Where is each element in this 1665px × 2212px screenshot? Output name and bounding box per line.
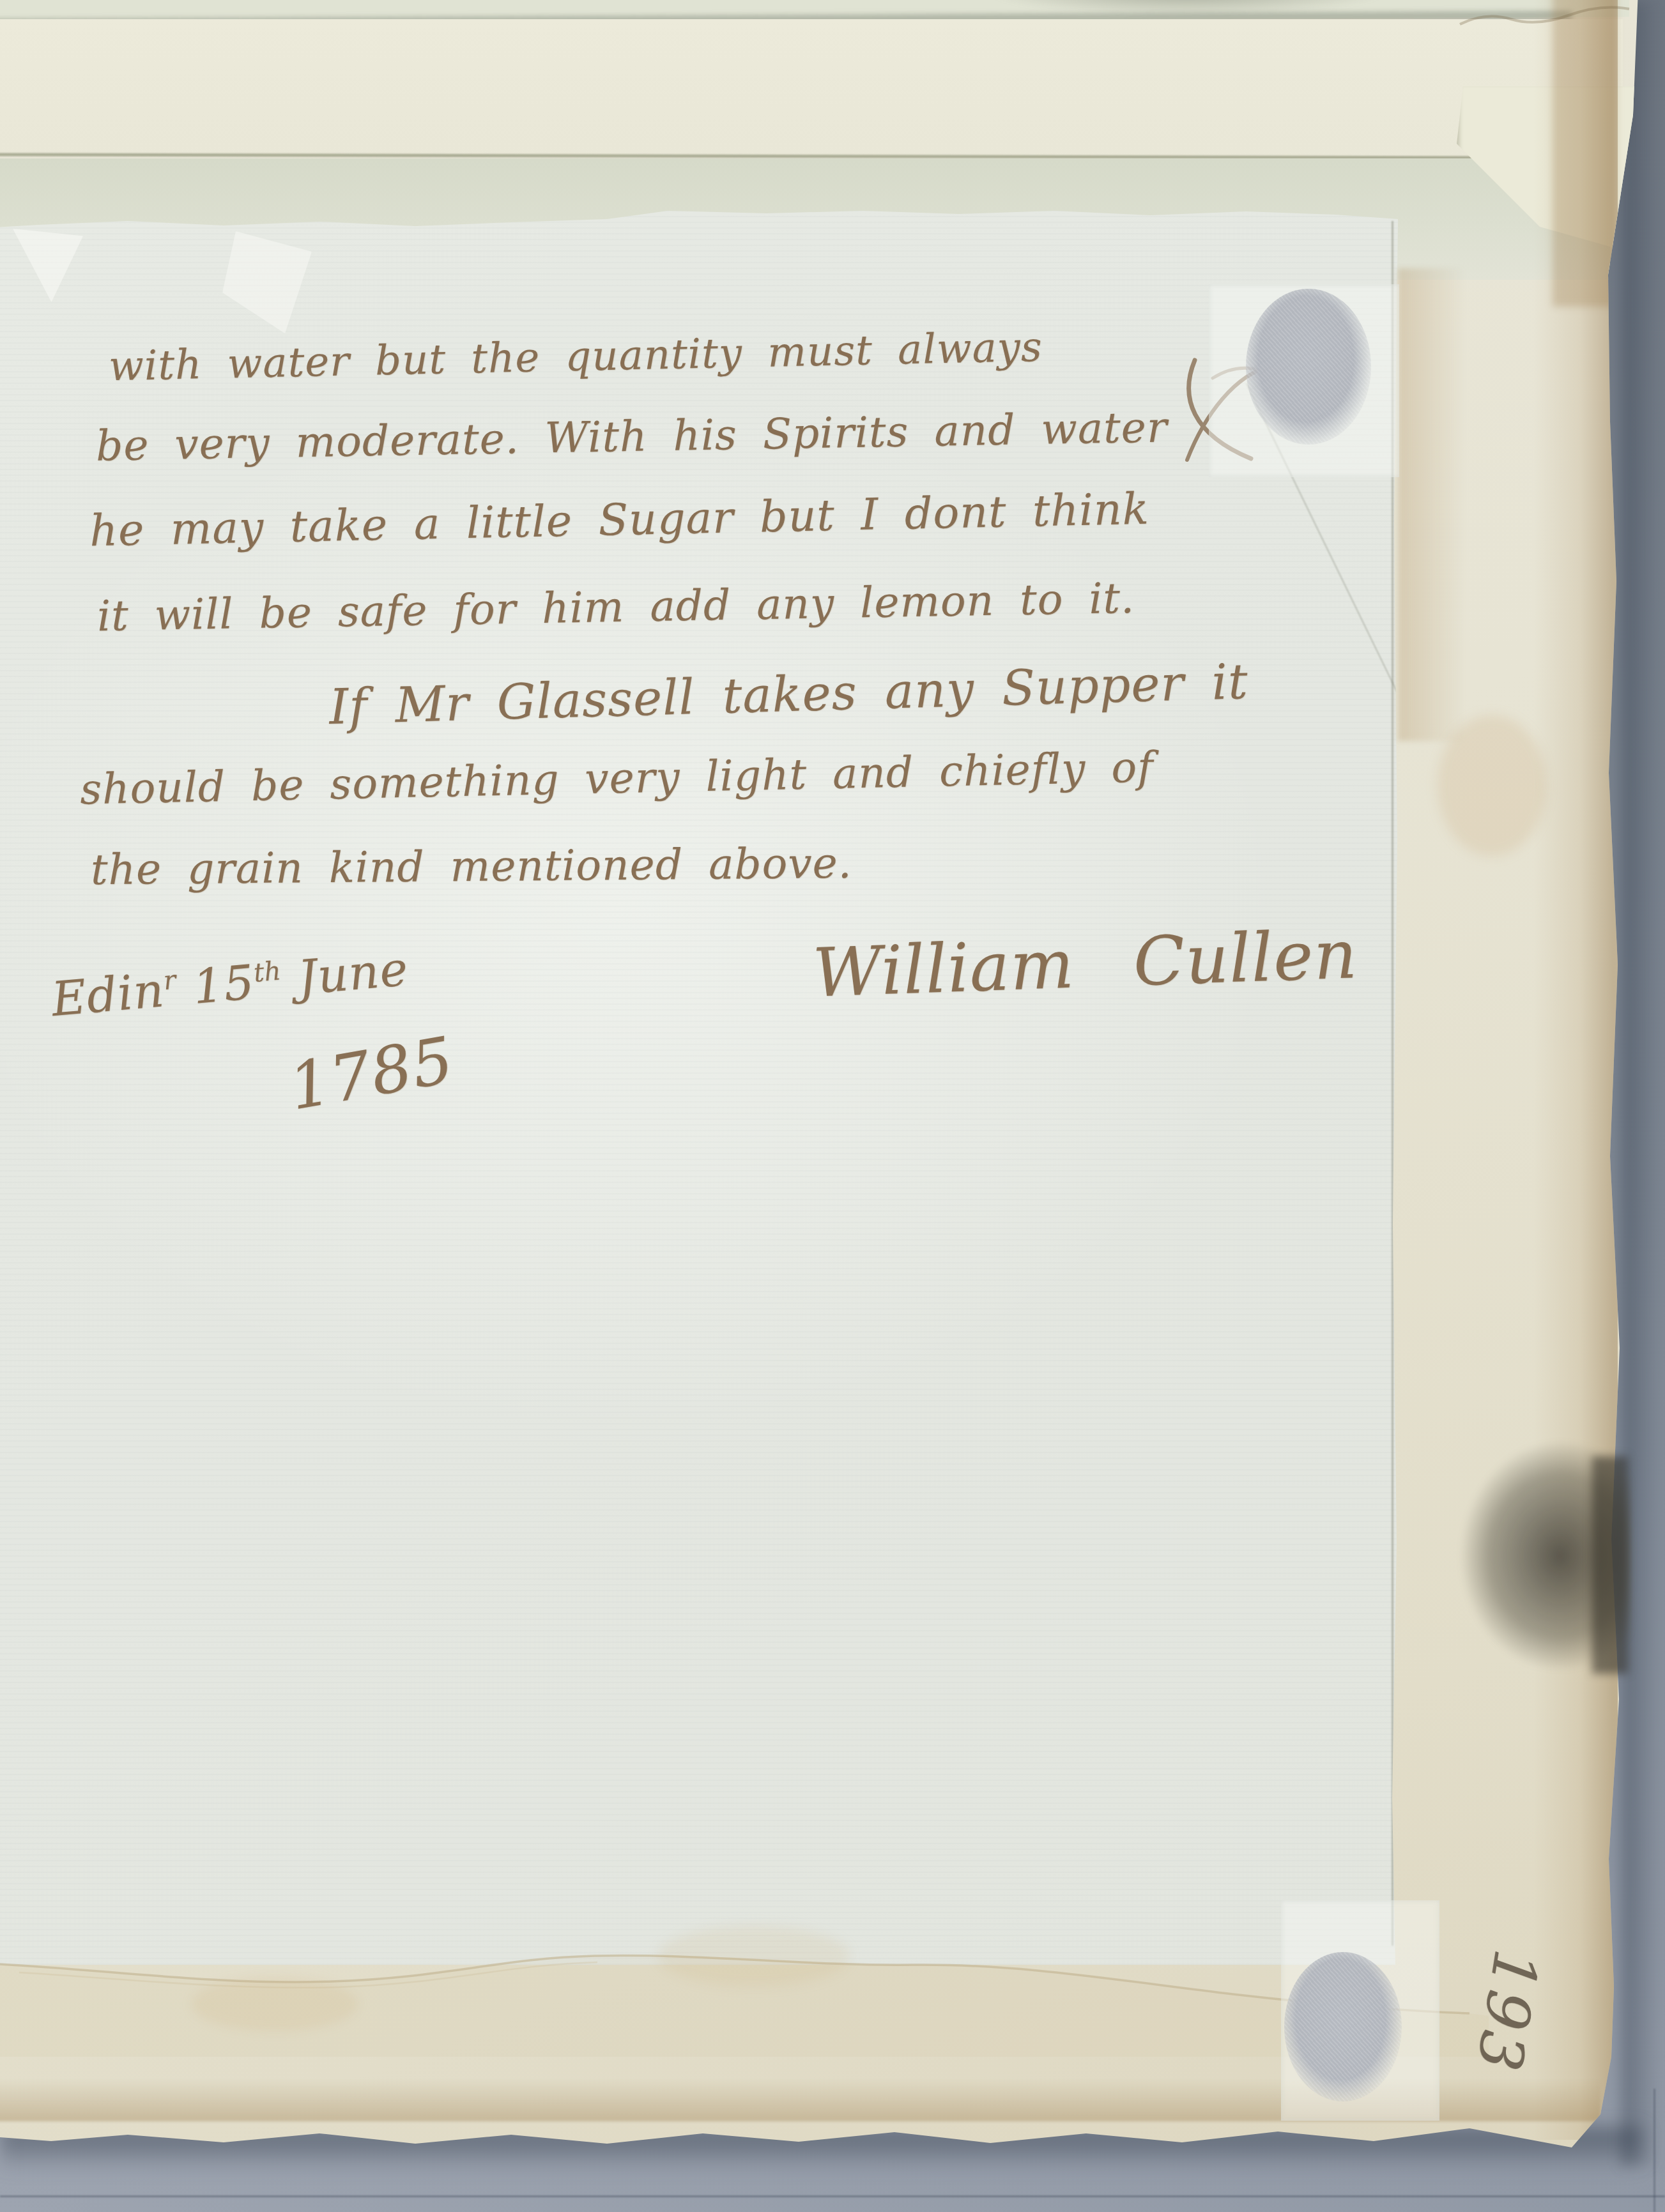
tape-edge-scorch — [1398, 268, 1494, 741]
manuscript-scan-page: { "document": { "kind": "Handwritten let… — [0, 0, 1665, 2212]
right-edge-toning — [1533, 0, 1618, 2140]
dateline-day-superscript: th — [252, 955, 282, 988]
signature-first-name: William — [811, 926, 1076, 1012]
dateline-day: 15 — [191, 955, 257, 1015]
ghost-ink-top-right — [1457, 0, 1636, 38]
tan-stain — [192, 1977, 358, 2031]
backing-board-seam-horizontal — [0, 2195, 1665, 2197]
dateline-place-superscript: r — [162, 965, 178, 996]
sheet-right-edge-crease — [1392, 221, 1393, 1946]
manuscript-line: the grain kind mentioned above. — [91, 839, 852, 894]
torn-edge-flap — [13, 229, 83, 302]
dateline-month: June — [296, 942, 411, 1006]
soot-smudge-edge — [1592, 1456, 1628, 1674]
adhesive-spot-bottom — [1284, 1952, 1402, 2101]
dateline-place: Edin — [49, 963, 167, 1027]
second-leaf-band — [0, 19, 1623, 156]
signature-last-name: Cullen — [1132, 915, 1359, 1001]
tan-stain — [658, 1926, 850, 1987]
page-right-shadow — [1622, 0, 1660, 2165]
adhesive-spot-top — [1246, 289, 1371, 445]
tan-stain — [1438, 715, 1546, 856]
top-right-corner-toning — [1553, 0, 1616, 307]
backing-board-seam-vertical — [1653, 2089, 1655, 2212]
torn-edge-flap — [222, 231, 312, 333]
